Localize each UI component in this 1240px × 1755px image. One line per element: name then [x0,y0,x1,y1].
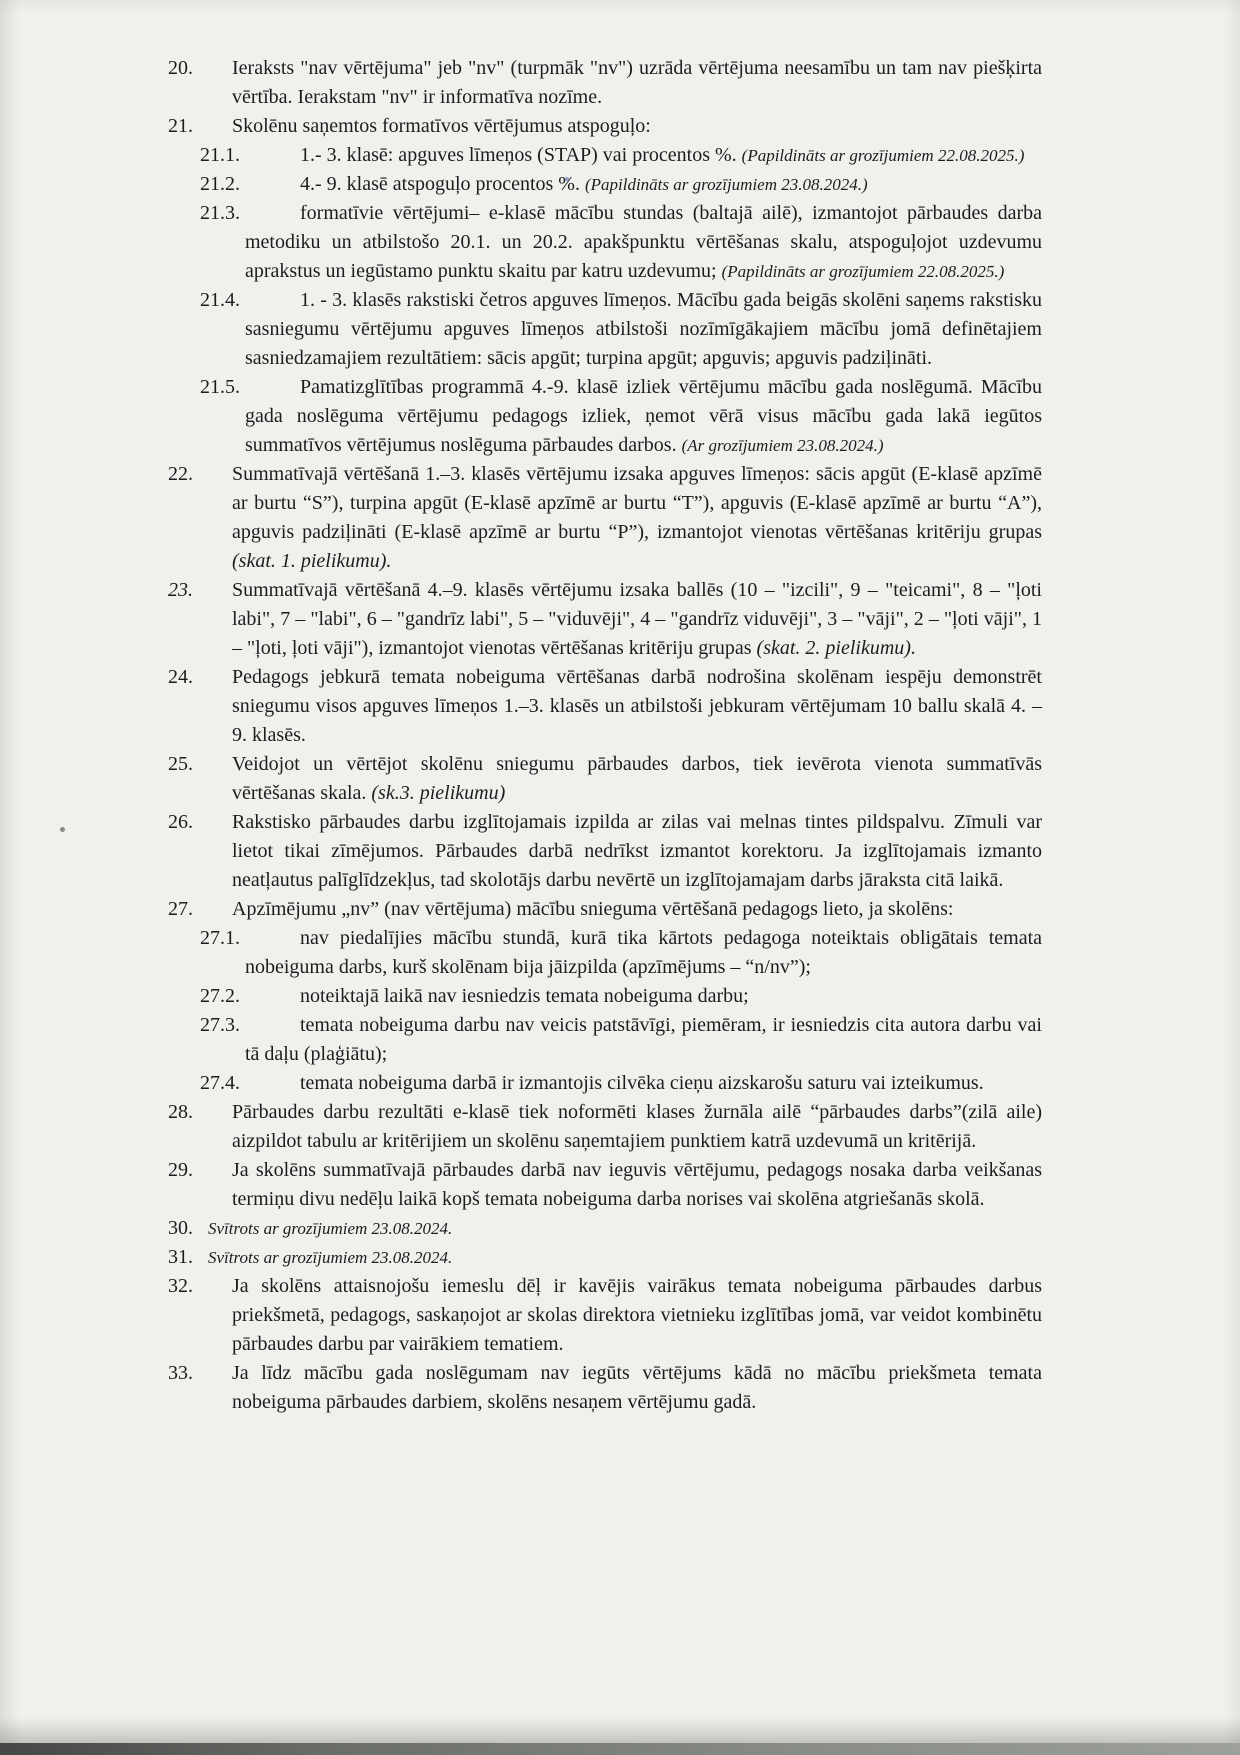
list-item-31: 31.Svītrots ar grozījumiem 23.08.2024. [168,1243,1042,1272]
text-segment: Ja līdz mācību gada noslēgumam nav iegūt… [232,1362,1042,1413]
text-segment: (Ar grozījumiem 23.08.2024.) [682,436,884,455]
text-segment: Rakstisko pārbaudes darbu izglītojamais … [232,811,1042,891]
item-number: 31. [168,1243,208,1272]
text-segment: Pamatizglītības programmā 4.-9. klasē iz… [245,376,1042,456]
list-item-28: 28.Pārbaudes darbu rezultāti e-klasē tie… [168,1098,1042,1156]
list-item-21-5: 21.5.Pamatizglītības programmā 4.-9. kla… [168,373,1042,460]
item-number: 32. [168,1272,232,1301]
text-segment: Veidojot un vērtējot skolēnu sniegumu pā… [232,753,1042,804]
item-text: Veidojot un vērtējot skolēnu sniegumu pā… [232,753,1042,804]
text-segment: Summatīvajā vērtēšanā 4.–9. klasēs vērtē… [232,579,1042,659]
list-item-20: 20.Ieraksts "nav vērtējuma" jeb "nv" (tu… [168,54,1042,112]
text-segment: Svītrots ar grozījumiem 23.08.2024. [208,1248,452,1267]
item-text: Pedagogs jebkurā temata nobeiguma vērtēš… [232,666,1042,746]
text-segment: Skolēnu saņemtos formatīvos vērtējumus a… [232,115,651,137]
scan-edge-fade [0,1717,1240,1743]
item-text: Summatīvajā vērtēšanā 1.–3. klasēs vērtē… [232,463,1042,572]
text-segment: Ieraksts "nav vērtējuma" jeb "nv" (turpm… [232,57,1042,108]
item-number: 21.5. [200,373,256,402]
item-text: Apzīmējumu „nv” (nav vērtējuma) mācību s… [232,898,953,920]
text-segment: Ja skolēns summatīvajā pārbaudes darbā n… [232,1159,1042,1210]
item-text: Summatīvajā vērtēšanā 4.–9. klasēs vērtē… [232,579,1042,659]
item-number: 21.4. [200,286,256,315]
text-segment: noteiktajā laikā nav iesniedzis temata n… [300,985,749,1007]
list-item-30: 30.Svītrots ar grozījumiem 23.08.2024. [168,1214,1042,1243]
item-number: 28. [168,1098,232,1127]
list-item-26: 26.Rakstisko pārbaudes darbu izglītojama… [168,808,1042,895]
item-number: 25. [168,750,232,779]
item-text: temata nobeiguma darbā ir izmantojis cil… [300,1072,984,1094]
item-text: temata nobeiguma darbu nav veicis patstā… [245,1014,1042,1065]
item-text: Pārbaudes darbu rezultāti e-klasē tiek n… [232,1101,1042,1152]
scan-speck [60,827,65,832]
list-item-22: 22.Summatīvajā vērtēšanā 1.–3. klasēs vē… [168,460,1042,576]
list-item-33: 33.Ja līdz mācību gada noslēgumam nav ie… [168,1359,1042,1417]
item-number: 27.3. [200,1011,256,1040]
text-segment: 1. - 3. klasēs rakstiski četros apguves … [245,289,1042,369]
item-number: 33. [168,1359,232,1388]
text-segment: nav piedalījies mācību stundā, kurā tika… [245,927,1042,978]
item-text: Skolēnu saņemtos formatīvos vērtējumus a… [232,115,651,137]
item-number: 21.1. [200,141,256,170]
text-segment: 4.- 9. klasē atspoguļo procentos %. [300,173,585,195]
item-text: Ja skolēns summatīvajā pārbaudes darbā n… [232,1159,1042,1210]
item-number: 21.2. [200,170,256,199]
item-number: 27. [168,895,232,924]
text-segment: Pedagogs jebkurā temata nobeiguma vērtēš… [232,666,1042,746]
item-text: Ja skolēns attaisnojošu iemeslu dēļ ir k… [232,1275,1042,1355]
scan-edge-shadow [0,1743,1240,1755]
item-text: Svītrots ar grozījumiem 23.08.2024. [208,1246,452,1268]
list-item-21: 21.Skolēnu saņemtos formatīvos vērtējumu… [168,112,1042,141]
item-text: nav piedalījies mācību stundā, kurā tika… [245,927,1042,978]
text-segment: Summatīvajā vērtēšanā 1.–3. klasēs vērtē… [232,463,1042,543]
text-segment: (skat. 1. pielikumu). [232,550,391,572]
item-text: Rakstisko pārbaudes darbu izglītojamais … [232,811,1042,891]
list-item-27-3: 27.3.temata nobeiguma darbu nav veicis p… [168,1011,1042,1069]
numbered-list: 20.Ieraksts "nav vērtējuma" jeb "nv" (tu… [168,54,1042,1417]
list-item-27-4: 27.4.temata nobeiguma darbā ir izmantoji… [168,1069,1042,1098]
item-text: 4.- 9. klasē atspoguļo procentos %. (Pap… [300,173,868,195]
list-item-27-1: 27.1.nav piedalījies mācību stundā, kurā… [168,924,1042,982]
text-segment: Ja skolēns attaisnojošu iemeslu dēļ ir k… [232,1275,1042,1355]
text-segment: temata nobeiguma darbu nav veicis patstā… [245,1014,1042,1065]
item-number: 20. [168,54,232,83]
item-text: 1. - 3. klasēs rakstiski četros apguves … [245,289,1042,369]
item-number: 27.1. [200,924,256,953]
text-segment: (Papildināts ar grozījumiem 22.08.2025.) [722,262,1005,281]
list-item-21-3: 21.3.formatīvie vērtējumi– e-klasē mācīb… [168,199,1042,286]
text-segment: Svītrots ar grozījumiem 23.08.2024. [208,1219,452,1238]
ink-speck [565,177,569,181]
item-number: 27.4. [200,1069,256,1098]
item-text: Pamatizglītības programmā 4.-9. klasē iz… [245,376,1042,456]
item-text: Svītrots ar grozījumiem 23.08.2024. [208,1217,452,1239]
list-item-32: 32.Ja skolēns attaisnojošu iemeslu dēļ i… [168,1272,1042,1359]
item-text: noteiktajā laikā nav iesniedzis temata n… [300,985,749,1007]
list-item-21-1: 21.1.1.- 3. klasē: apguves līmeņos (STAP… [168,141,1042,170]
text-segment: (Papildināts ar grozījumiem 23.08.2024.) [585,175,868,194]
list-item-27-2: 27.2.noteiktajā laikā nav iesniedzis tem… [168,982,1042,1011]
text-segment: (sk.3. pielikumu) [371,782,505,804]
item-text: Ja līdz mācību gada noslēgumam nav iegūt… [232,1362,1042,1413]
item-number: 21. [168,112,232,141]
item-number: 26. [168,808,232,837]
text-segment: (Papildināts ar grozījumiem 22.08.2025.) [742,146,1025,165]
text-segment: temata nobeiguma darbā ir izmantojis cil… [300,1072,984,1094]
item-number: 22. [168,460,232,489]
item-number: 21.3. [200,199,256,228]
item-number: 29. [168,1156,232,1185]
text-segment: Apzīmējumu „nv” (nav vērtējuma) mācību s… [232,898,953,920]
text-segment: Pārbaudes darbu rezultāti e-klasē tiek n… [232,1101,1042,1152]
list-item-27: 27.Apzīmējumu „nv” (nav vērtējuma) mācīb… [168,895,1042,924]
list-item-21-2: 21.2.4.- 9. klasē atspoguļo procentos %.… [168,170,1042,199]
item-text: formatīvie vērtējumi– e-klasē mācību stu… [245,202,1042,282]
item-text: Ieraksts "nav vērtējuma" jeb "nv" (turpm… [232,57,1042,108]
item-text: 1.- 3. klasē: apguves līmeņos (STAP) vai… [300,144,1024,166]
list-item-25: 25.Veidojot un vērtējot skolēnu sniegumu… [168,750,1042,808]
item-number: 27.2. [200,982,256,1011]
item-number: 30. [168,1214,208,1243]
list-item-29: 29.Ja skolēns summatīvajā pārbaudes darb… [168,1156,1042,1214]
document-page: 20.Ieraksts "nav vērtējuma" jeb "nv" (tu… [0,0,1240,1755]
item-number: 24. [168,663,232,692]
list-item-24: 24.Pedagogs jebkurā temata nobeiguma vēr… [168,663,1042,750]
list-item-21-4: 21.4.1. - 3. klasēs rakstiski četros apg… [168,286,1042,373]
list-item-23: 23.Summatīvajā vērtēšanā 4.–9. klasēs vē… [168,576,1042,663]
text-segment: 1.- 3. klasē: apguves līmeņos (STAP) vai… [300,144,742,166]
item-number: 23. [168,576,232,605]
text-segment: (skat. 2. pielikumu). [757,637,916,659]
